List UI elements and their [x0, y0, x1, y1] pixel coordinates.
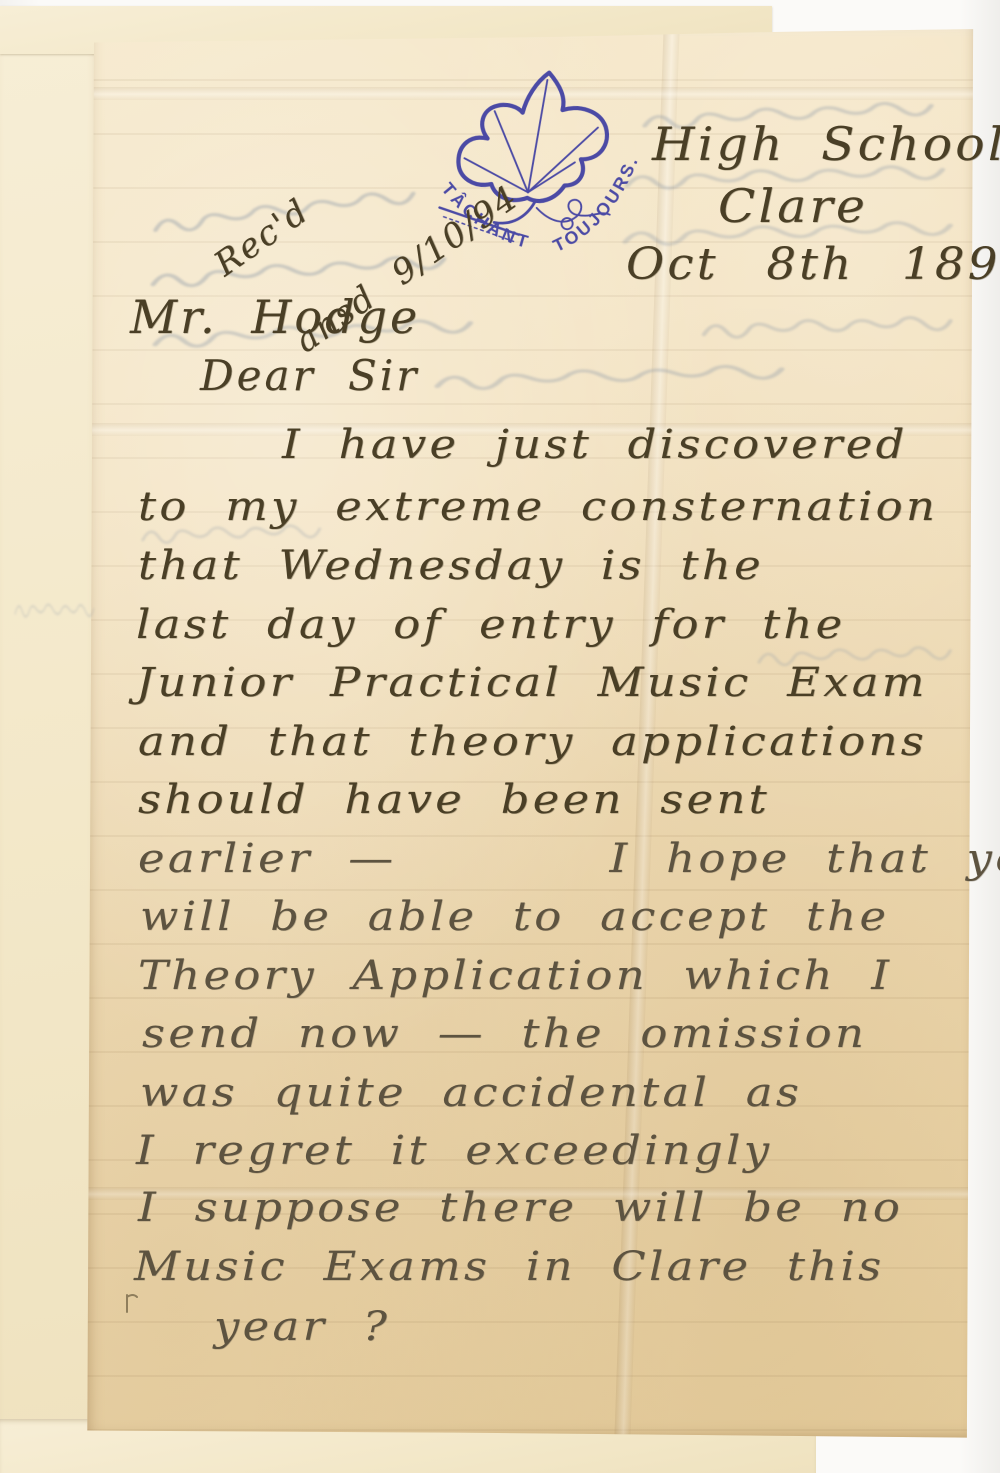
- under-sheet-left-edge: [0, 6, 101, 1473]
- salutation-line: Dear Sir: [200, 354, 419, 398]
- body-line: I suppose there will be no: [138, 1187, 903, 1229]
- body-line: year ?: [214, 1306, 390, 1348]
- body-line: Theory Application which I: [138, 955, 892, 997]
- heading-date: Oct 8th 1894: [626, 242, 1000, 288]
- body-line: should have been sent: [138, 779, 770, 821]
- body-line: was quite accidental as: [140, 1072, 802, 1114]
- body-line: I have just discovered: [282, 424, 908, 466]
- body-line: Music Exams in Clare this: [134, 1246, 885, 1288]
- body-line: Junior Practical Music Exam: [136, 662, 928, 704]
- body-line: I regret it exceedingly: [136, 1130, 772, 1172]
- body-line: send now — the omission: [142, 1013, 867, 1055]
- body-line: will be able to accept the: [140, 896, 889, 938]
- body-line: earlier — I hope that you: [138, 838, 1000, 880]
- body-line: to my extreme consternation: [138, 486, 938, 528]
- heading-school: High School: [652, 120, 1000, 168]
- stray-pen-mark: [124, 1292, 142, 1316]
- heading-place: Clare: [718, 182, 868, 230]
- recipient-line: Mr. Hodge: [130, 293, 420, 341]
- body-line: that Wednesday is the: [138, 545, 764, 587]
- body-line: and that theory applications: [138, 721, 927, 763]
- body-line: last day of entry for the: [136, 604, 846, 646]
